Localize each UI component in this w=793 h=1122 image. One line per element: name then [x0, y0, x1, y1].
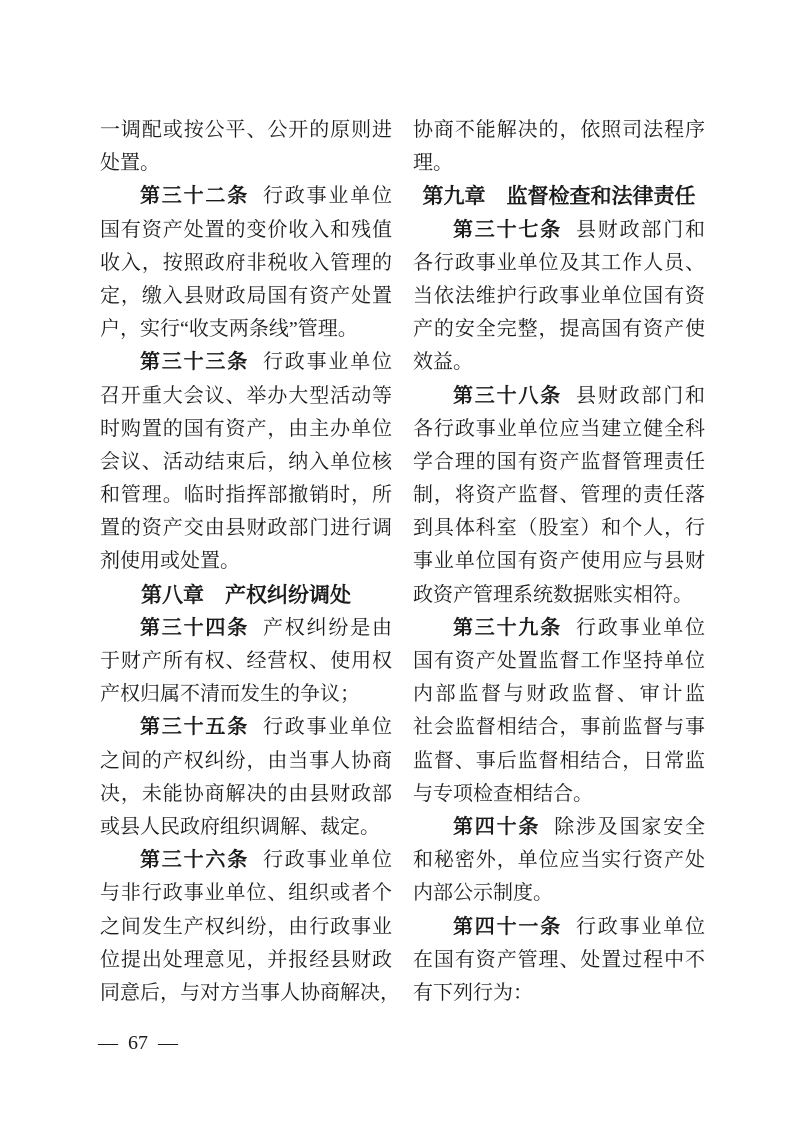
line-text: 同意后，与对方当事人协商解决， [100, 982, 392, 1004]
text-line: 第三十二条行政事业单位 [100, 180, 392, 213]
line-text: 产权归属不清而发生的争议； [100, 683, 360, 705]
line-text: 收入，按照政府非税收入管理的规 [100, 252, 392, 280]
article-number: 第四十一条 [453, 916, 562, 938]
text-line: 收入，按照政府非税收入管理的规 [100, 247, 392, 280]
line-text: 到具体科室（股室）和个人，行政 [413, 517, 705, 545]
article-number: 第三十五条 [140, 716, 249, 738]
text-line: 效益。 [413, 346, 705, 379]
line-text: 行政事业单位 [263, 185, 392, 207]
text-line: 第九章 监督检查和法律责任 [413, 180, 705, 213]
text-line: 第四十一条行政事业单位 [413, 911, 705, 944]
line-text: 事业单位国有资产使用应与县财 [413, 550, 705, 572]
line-text: 行政事业单位 [576, 617, 705, 639]
right-column: 协商不能解决的，依照司法程序处理。第九章 监督检查和法律责任第三十七条县财政部门… [413, 114, 705, 1010]
line-text: 制，将资产监督、管理的责任落实 [413, 484, 705, 512]
text-line: 各行政事业单位应当建立健全科 [413, 413, 705, 446]
line-text: 行政事业单位 [263, 351, 392, 373]
text-line: 第三十四条产权纠纷是由 [100, 612, 392, 645]
line-text: 之间发生产权纠纷，由行政事业单 [100, 916, 392, 944]
article-number: 第四十条 [453, 816, 540, 838]
line-text: 于财产所有权、经营权、使用权等 [100, 650, 392, 678]
line-text: 第八章 产权纠纷调处 [141, 584, 351, 607]
text-line: 或县人民政府组织调解、裁定。 [100, 811, 392, 844]
line-text: 产的安全完整，提高国有资产使用 [413, 318, 705, 346]
text-line: 第三十七条县财政部门和 [413, 214, 705, 247]
text-line: 一调配或按公平、公开的原则进行 [100, 114, 392, 147]
text-line: 第三十三条行政事业单位 [100, 346, 392, 379]
text-line: 处置。 [100, 147, 392, 180]
line-text: 协商不能解决的，依照司法程序处 [413, 119, 705, 147]
line-text: 行政事业单位 [263, 716, 392, 738]
line-text: 和秘密外，单位应当实行资产处置 [413, 849, 705, 877]
line-text: 社会监督相结合，事前监督与事中 [413, 716, 705, 744]
left-column: 一调配或按公平、公开的原则进行处置。第三十二条行政事业单位国有资产处置的变价收入… [100, 114, 392, 1010]
text-line: 和管理。临时指挥部撤销时，所购 [100, 479, 392, 512]
line-text: 处置。 [100, 152, 160, 174]
text-line: 之间的产权纠纷，由当事人协商解 [100, 745, 392, 778]
line-text: 与专项检查相结合。 [413, 783, 593, 805]
document-page: 一调配或按公平、公开的原则进行处置。第三十二条行政事业单位国有资产处置的变价收入… [0, 0, 793, 1122]
article-number: 第三十二条 [140, 185, 249, 207]
line-text: 召开重大会议、举办大型活动等临 [100, 385, 392, 413]
text-line: 于财产所有权、经营权、使用权等 [100, 645, 392, 678]
line-text: 内部监督与财政监督、审计监督、 [413, 683, 705, 711]
line-text: 有下列行为： [413, 982, 533, 1004]
line-text: 理。 [413, 152, 453, 174]
text-line: 决，未能协商解决的由县财政部门 [100, 778, 392, 811]
text-line: 第三十六条行政事业单位 [100, 844, 392, 877]
line-text: 户，实行“收支两条线”管理。 [100, 318, 358, 340]
text-line: 到具体科室（股室）和个人，行政 [413, 512, 705, 545]
article-number: 第三十三条 [140, 351, 249, 373]
article-number: 第三十八条 [453, 385, 562, 407]
text-line: 位提出处理意见，并报经县财政局 [100, 944, 392, 977]
line-text: 国有资产处置的变价收入和残值 [100, 219, 392, 241]
line-text: 监督、事后监督相结合，日常监督 [413, 750, 705, 778]
text-line: 协商不能解决的，依照司法程序处 [413, 114, 705, 147]
article-number: 第三十六条 [140, 849, 249, 871]
text-line: 剂使用或处置。 [100, 545, 392, 578]
article-number: 第三十七条 [453, 219, 562, 241]
text-line: 各行政事业单位及其工作人员、应 [413, 247, 705, 280]
article-number: 第三十四条 [140, 617, 249, 639]
line-text: 第九章 监督检查和法律责任 [423, 185, 696, 208]
text-line: 和秘密外，单位应当实行资产处置 [413, 844, 705, 877]
text-line: 第八章 产权纠纷调处 [100, 579, 392, 612]
line-text: 位提出处理意见，并报经县财政局 [100, 949, 392, 977]
line-text: 定，缴入县财政局国有资产处置专 [100, 285, 392, 313]
line-text: 国有资产处置监督工作坚持单位 [413, 650, 705, 672]
text-line: 国有资产处置监督工作坚持单位 [413, 645, 705, 678]
text-line: 之间发生产权纠纷，由行政事业单 [100, 911, 392, 944]
text-line: 同意后，与对方当事人协商解决， [100, 977, 392, 1010]
line-text: 或县人民政府组织调解、裁定。 [100, 816, 380, 838]
line-text: 置的资产交由县财政部门进行调 [100, 517, 392, 539]
text-line: 召开重大会议、举办大型活动等临 [100, 380, 392, 413]
text-columns: 一调配或按公平、公开的原则进行处置。第三十二条行政事业单位国有资产处置的变价收入… [100, 114, 705, 1010]
text-line: 当依法维护行政事业单位国有资 [413, 280, 705, 313]
text-line: 会议、活动结束后，纳入单位核算 [100, 446, 392, 479]
text-line: 第三十五条行政事业单位 [100, 711, 392, 744]
text-line: 第三十九条行政事业单位 [413, 612, 705, 645]
line-text: 产权纠纷是由 [263, 617, 392, 639]
text-line: 内部监督与财政监督、审计监督、 [413, 678, 705, 711]
line-text: 与非行政事业单位、组织或者个人 [100, 882, 392, 910]
text-line: 在国有资产管理、处置过程中不得 [413, 944, 705, 977]
text-line: 产权归属不清而发生的争议； [100, 678, 392, 711]
article-number: 第三十九条 [453, 617, 562, 639]
line-text: 学合理的国有资产监督管理责任 [413, 451, 705, 473]
line-text: 各行政事业单位及其工作人员、应 [413, 252, 705, 280]
line-text: 当依法维护行政事业单位国有资 [413, 285, 705, 307]
text-line: 第四十条除涉及国家安全 [413, 811, 705, 844]
line-text: 一调配或按公平、公开的原则进行 [100, 119, 392, 147]
page-number: — 67 — [98, 1030, 178, 1056]
line-text: 在国有资产管理、处置过程中不得 [413, 949, 705, 977]
line-text: 效益。 [413, 351, 473, 373]
text-line: 与专项检查相结合。 [413, 778, 705, 811]
text-line: 时购置的国有资产，由主办单位在 [100, 413, 392, 446]
line-text: 时购置的国有资产，由主办单位在 [100, 418, 392, 446]
line-text: 会议、活动结束后，纳入单位核算 [100, 451, 392, 479]
line-text: 和管理。临时指挥部撤销时，所购 [100, 484, 392, 512]
line-text: 行政事业单位 [576, 916, 705, 938]
text-line: 政资产管理系统数据账实相符。 [413, 579, 705, 612]
text-line: 与非行政事业单位、组织或者个人 [100, 877, 392, 910]
text-line: 理。 [413, 147, 705, 180]
line-text: 政资产管理系统数据账实相符。 [413, 584, 693, 606]
text-line: 产的安全完整，提高国有资产使用 [413, 313, 705, 346]
text-line: 事业单位国有资产使用应与县财 [413, 545, 705, 578]
line-text: 各行政事业单位应当建立健全科 [413, 418, 705, 440]
text-line: 定，缴入县财政局国有资产处置专 [100, 280, 392, 313]
line-text: 之间的产权纠纷，由当事人协商解 [100, 750, 392, 778]
text-line: 户，实行“收支两条线”管理。 [100, 313, 392, 346]
text-line: 有下列行为： [413, 977, 705, 1010]
text-line: 社会监督相结合，事前监督与事中 [413, 711, 705, 744]
line-text: 决，未能协商解决的由县财政部门 [100, 783, 392, 811]
text-line: 制，将资产监督、管理的责任落实 [413, 479, 705, 512]
text-line: 第三十八条县财政部门和 [413, 380, 705, 413]
line-text: 除涉及国家安全 [554, 816, 705, 838]
line-text: 剂使用或处置。 [100, 550, 240, 572]
text-line: 国有资产处置的变价收入和残值 [100, 214, 392, 247]
text-line: 内部公示制度。 [413, 877, 705, 910]
line-text: 行政事业单位 [263, 849, 392, 871]
text-line: 监督、事后监督相结合，日常监督 [413, 745, 705, 778]
line-text: 县财政部门和 [576, 385, 705, 407]
text-line: 置的资产交由县财政部门进行调 [100, 512, 392, 545]
line-text: 县财政部门和 [576, 219, 705, 241]
text-line: 学合理的国有资产监督管理责任 [413, 446, 705, 479]
line-text: 内部公示制度。 [413, 882, 553, 904]
